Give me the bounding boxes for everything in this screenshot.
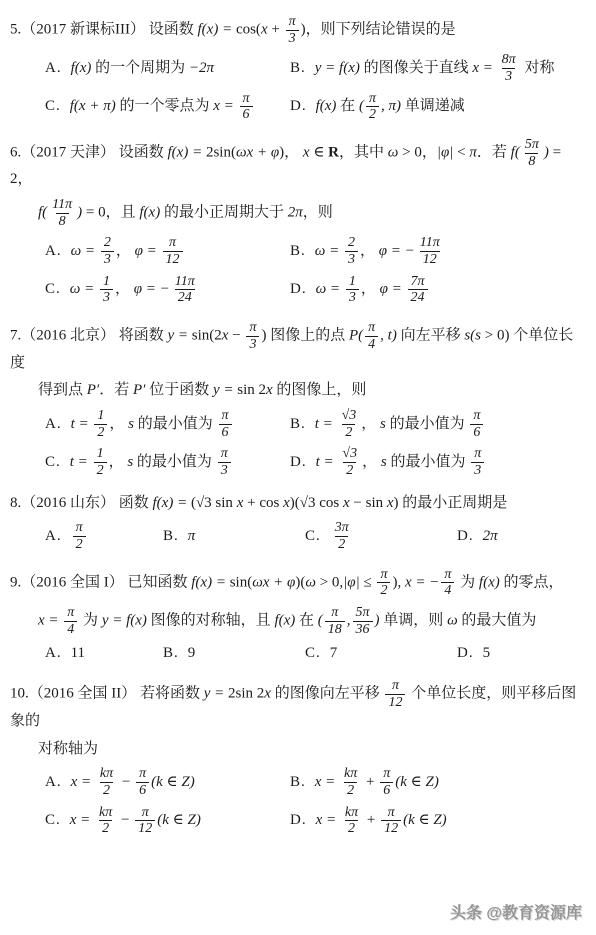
text-segment: 位于函数 — [145, 382, 213, 398]
fraction: π3 — [286, 14, 299, 46]
text-segment: + cos — [243, 495, 283, 511]
text-segment: ω — [305, 574, 316, 590]
option-label: A. — [45, 416, 62, 432]
option-d: D.5 — [457, 643, 586, 664]
text-segment: 为 — [79, 613, 102, 629]
text-segment: ωx + φ — [252, 574, 295, 590]
question-text: 8.（2016 山东） 函数 f(x) = (√3 sin x + cos x)… — [10, 493, 586, 515]
text-segment: ω = — [316, 281, 344, 297]
fraction: π6 — [136, 766, 149, 798]
text-segment: f( — [38, 205, 47, 221]
option-content: 5 — [483, 645, 491, 661]
option-d: D.2π — [457, 526, 586, 547]
text-segment: x — [283, 495, 290, 511]
text-segment: π — [469, 145, 477, 161]
options-row: A.π2B.πC.3π2D.2π — [10, 520, 586, 552]
fraction: 13 — [346, 274, 359, 306]
option-label: B. — [163, 528, 179, 544]
option-label: B. — [290, 416, 306, 432]
text-segment: ，则下列结论错误的是 — [306, 22, 456, 38]
text-segment: 的最小值为 — [387, 454, 470, 470]
option-c: C.x = kπ2 − π12(k ∈ Z) — [45, 805, 290, 837]
text-segment: 的一个周期为 — [91, 60, 189, 76]
option-b: B.9 — [163, 643, 305, 664]
text-segment: s(s — [464, 328, 481, 344]
text-segment: P′ — [87, 382, 99, 398]
option-label: D. — [290, 281, 307, 297]
question-header-line: 7.（2016 北京） 将函数 y = sin(2x − π3) 图像上的点 P… — [10, 320, 586, 374]
option-content: f(x) 的一个周期为 −2π — [71, 60, 214, 76]
watermark: 头条 @教育资源库 — [450, 900, 582, 923]
option-label: D. — [290, 98, 307, 114]
option-label: B. — [163, 645, 179, 661]
text-segment: 的最小值为 — [134, 416, 217, 432]
option-label: A. — [45, 774, 62, 790]
text-segment: f(x) — [274, 613, 295, 629]
option-d: D.t = √32， s 的最小值为 π3 — [290, 446, 586, 478]
text-segment: ∈ — [310, 145, 329, 161]
fraction: π12 — [135, 805, 155, 837]
fraction: kπ2 — [341, 766, 360, 798]
question-options: A.t = 12， s 的最小值为 π6B.t = √32， s 的最小值为 π… — [10, 408, 586, 479]
text-segment: 的最大值为 — [458, 613, 537, 629]
text-segment: x = — [70, 812, 94, 828]
text-segment: (k — [157, 812, 169, 828]
options-row: C.t = 12， s 的最小值为 π3D.t = √32， s 的最小值为 π… — [10, 446, 586, 478]
text-segment: 的最小正周期大于 — [160, 205, 288, 221]
text-segment: 5 — [483, 645, 491, 661]
text-segment: 9 — [188, 645, 196, 661]
option-d: D.ω = 13， φ = 7π24 — [290, 274, 586, 306]
text-segment: 的一个零点为 — [116, 98, 214, 114]
text-segment: P′ — [133, 382, 145, 398]
text-segment: + — [268, 22, 284, 38]
option-content: 2π — [483, 528, 498, 544]
question-header-line: 9.（2016 全国 I） 已知函数 f(x) = sin(ωx + φ)(ω … — [10, 567, 586, 599]
text-segment: )(√3 cos — [290, 495, 343, 511]
fraction: 5π36 — [353, 605, 373, 637]
option-b: B.y = f(x) 的图像关于直线 x = 8π3 对称 — [290, 52, 586, 84]
option-content: x = kπ2 + π12(k ∈ Z) — [316, 812, 447, 828]
option-a: A.ω = 23， φ = π12 — [45, 235, 290, 267]
text-segment: (√3 sin — [191, 495, 237, 511]
option-a: A.x = kπ2 − π6(k ∈ Z) — [45, 766, 290, 798]
text-segment: 得到点 — [38, 382, 87, 398]
text-segment: y = — [168, 328, 192, 344]
fraction: π2 — [73, 520, 86, 552]
question-header-line: 5.（2017 新课标III） 设函数 f(x) = cos(x + π3)，则… — [10, 14, 586, 46]
text-segment: ， — [361, 281, 380, 297]
text-segment: 为 — [456, 574, 479, 590]
option-label: A. — [45, 645, 62, 661]
option-content: π — [188, 528, 196, 544]
option-label: A. — [45, 60, 62, 76]
fraction: 12 — [94, 408, 107, 440]
question-10: 10.（2016 全国 II） 若将函数 y = 2sin 2x 的图像向左平移… — [10, 678, 586, 837]
option-content: f(x + π) 的一个零点为 x = π6 — [70, 98, 255, 114]
text-segment: + — [362, 774, 378, 790]
text-segment: ，其中 — [339, 145, 388, 161]
option-content: 11 — [71, 645, 85, 661]
fraction: kπ2 — [96, 805, 115, 837]
option-content: t = 12， s 的最小值为 π3 — [70, 454, 233, 470]
text-segment: |φ| — [437, 145, 454, 161]
option-d: D.f(x) 在 (π2, π) 单调递减 — [290, 91, 586, 123]
text-segment: Z) — [426, 774, 439, 790]
text-segment: ， — [115, 281, 134, 297]
options-row: A.f(x) 的一个周期为 −2πB.y = f(x) 的图像关于直线 x = … — [10, 52, 586, 84]
option-content: y = f(x) 的图像关于直线 x = 8π3 对称 — [315, 60, 555, 76]
text-segment: ，且 — [106, 205, 140, 221]
text-segment: )( — [295, 574, 305, 590]
fraction: 13 — [100, 274, 113, 306]
question-9: 9.（2016 全国 I） 已知函数 f(x) = sin(ωx + φ)(ω … — [10, 567, 586, 665]
text-segment: 的零点， — [500, 574, 564, 590]
text-segment: ω — [447, 613, 458, 629]
text-segment: 的图像上，则 — [273, 382, 367, 398]
text-segment: f(x) = — [191, 574, 229, 590]
option-label: D. — [290, 454, 307, 470]
text-segment: sin( — [230, 574, 253, 590]
text-segment: − — [118, 774, 134, 790]
text-segment: f(x) = — [153, 495, 191, 511]
text-segment: 单调递减 — [401, 98, 465, 114]
option-content: 7 — [330, 645, 338, 661]
text-segment: 在 — [336, 98, 359, 114]
text-segment: ， — [422, 145, 437, 161]
option-content: x = kπ2 + π6(k ∈ Z) — [315, 774, 439, 790]
text-segment: ， — [284, 145, 303, 161]
text-segment: f(x) — [316, 98, 337, 114]
question-options: A.f(x) 的一个周期为 −2πB.y = f(x) 的图像关于直线 x = … — [10, 52, 586, 123]
fraction: kπ2 — [342, 805, 361, 837]
option-label: B. — [290, 60, 306, 76]
question-header-line: 8.（2016 山东） 函数 f(x) = (√3 sin x + cos x)… — [10, 493, 586, 515]
option-content: π2 — [71, 528, 88, 544]
text-segment: φ = — [135, 243, 161, 259]
text-segment: Z) — [433, 812, 446, 828]
text-segment: 6.（2017 天津） 设函数 — [10, 145, 168, 161]
question-line-continuation: x = π4 为 y = f(x) 图像的对称轴，且 f(x) 在 (π18,5… — [38, 605, 586, 637]
text-segment: ω — [388, 145, 399, 161]
option-content: x = kπ2 − π6(k ∈ Z) — [71, 774, 195, 790]
question-line-continuation: 得到点 P′．若 P′ 位于函数 y = sin 2x 的图像上，则 — [38, 380, 586, 402]
fraction: π4 — [365, 320, 378, 352]
option-content: ω = 23， φ = π12 — [71, 243, 185, 259]
text-segment: 2sin( — [206, 145, 236, 161]
text-segment: 在 — [295, 613, 318, 629]
text-segment: sin(2 — [192, 328, 222, 344]
fraction: 11π24 — [172, 274, 198, 306]
text-segment: 向左平移 — [397, 328, 465, 344]
fraction: √32 — [339, 446, 360, 478]
text-segment: 2π — [288, 205, 303, 221]
text-segment: f(x) — [139, 205, 160, 221]
fraction: π3 — [471, 446, 484, 478]
option-label: C. — [305, 645, 321, 661]
fraction: π3 — [246, 320, 259, 352]
option-a: A.π2 — [45, 520, 163, 552]
question-header-line: 10.（2016 全国 II） 若将函数 y = 2sin 2x 的图像向左平移… — [10, 678, 586, 732]
fraction: 3π2 — [332, 520, 352, 552]
text-segment: ( — [359, 98, 364, 114]
options-row: C.ω = 13， φ = −11π24D.ω = 13， φ = 7π24 — [10, 274, 586, 306]
text-segment: 的图像向左平移 — [271, 686, 384, 702]
fraction: 23 — [101, 235, 114, 267]
text-segment: φ = — [380, 281, 406, 297]
text-segment: 10.（2016 全国 II） 若将函数 — [10, 686, 204, 702]
text-segment: , t) — [380, 328, 397, 344]
text-segment: − — [228, 328, 244, 344]
option-content: ω = 13， φ = 7π24 — [316, 281, 430, 297]
fraction: 8π3 — [499, 52, 519, 84]
text-segment: x — [261, 22, 268, 38]
text-segment: ∈ — [163, 774, 182, 790]
text-segment: ≤ — [360, 574, 376, 590]
text-segment: ωx + φ — [236, 145, 279, 161]
option-c: C.7 — [305, 643, 457, 664]
exam-document-page: 5.（2017 新课标III） 设函数 f(x) = cos(x + π3)，则… — [0, 0, 596, 935]
text-segment: −2π — [189, 60, 214, 76]
fraction: π2 — [377, 567, 390, 599]
text-segment: > 0 — [398, 145, 421, 161]
text-segment: t = — [70, 454, 92, 470]
option-label: A. — [45, 243, 62, 259]
text-segment: π — [188, 528, 196, 544]
text-segment: y = f(x) — [315, 60, 360, 76]
option-content: f(x) 在 (π2, π) 单调递减 — [316, 98, 465, 114]
text-segment: 7 — [330, 645, 338, 661]
text-segment: (k — [395, 774, 407, 790]
fraction: π4 — [64, 605, 77, 637]
question-header-line: 6.（2017 天津） 设函数 f(x) = 2sin(ωx + φ)， x ∈… — [10, 137, 586, 191]
question-options: A.11B.9C.7D.5 — [10, 643, 586, 664]
fraction: π12 — [385, 678, 405, 710]
options-row: A.11B.9C.7D.5 — [10, 643, 586, 664]
option-d: D.x = kπ2 + π12(k ∈ Z) — [290, 805, 586, 837]
text-segment: R — [328, 145, 339, 161]
option-b: B.x = kπ2 + π6(k ∈ Z) — [290, 766, 586, 798]
text-segment: x — [343, 495, 350, 511]
question-text: 7.（2016 北京） 将函数 y = sin(2x − π3) 图像上的点 P… — [10, 320, 586, 402]
text-segment: y = — [213, 382, 237, 398]
text-segment: ( — [318, 613, 323, 629]
text-segment: φ = − — [379, 243, 415, 259]
option-b: B.ω = 23， φ = −11π12 — [290, 235, 586, 267]
option-content: t = √32， s 的最小值为 π3 — [316, 454, 487, 470]
text-segment: ), — [392, 574, 405, 590]
option-content: t = 12， s 的最小值为 π6 — [71, 416, 234, 432]
option-label: B. — [290, 243, 306, 259]
text-segment: , π) — [381, 98, 401, 114]
option-label: B. — [290, 774, 306, 790]
text-segment: ．若 — [99, 382, 133, 398]
text-segment: ∈ — [169, 812, 188, 828]
text-segment: 8.（2016 山东） 函数 — [10, 495, 153, 511]
text-segment: Z) — [181, 774, 194, 790]
text-segment: |φ| — [343, 574, 360, 590]
option-label: C. — [45, 281, 61, 297]
text-segment: + — [363, 812, 379, 828]
text-segment: ， — [109, 454, 128, 470]
option-label: D. — [290, 812, 307, 828]
text-segment: ， — [362, 454, 381, 470]
option-content: ω = 13， φ = −11π24 — [70, 281, 200, 297]
text-segment: x = — [472, 60, 496, 76]
option-content: x = kπ2 − π12(k ∈ Z) — [70, 812, 201, 828]
text-segment: (k — [151, 774, 163, 790]
text-segment: P( — [349, 328, 363, 344]
option-label: C. — [45, 98, 61, 114]
text-segment: ， — [18, 171, 33, 187]
fraction: π2 — [366, 91, 379, 123]
option-label: A. — [45, 528, 62, 544]
text-segment: 11 — [71, 645, 85, 661]
text-segment: y = — [204, 686, 228, 702]
option-label: C. — [45, 812, 61, 828]
text-segment: (k — [403, 812, 415, 828]
text-segment: 对称 — [521, 60, 555, 76]
text-segment: ， — [361, 416, 380, 432]
fraction: kπ2 — [97, 766, 116, 798]
question-text: 10.（2016 全国 II） 若将函数 y = 2sin 2x 的图像向左平移… — [10, 678, 586, 760]
fraction: π12 — [381, 805, 401, 837]
option-a: A.t = 12， s 的最小值为 π6 — [45, 408, 290, 440]
fraction: √32 — [339, 408, 360, 440]
options-row: C.f(x + π) 的一个零点为 x = π6D.f(x) 在 (π2, π)… — [10, 91, 586, 123]
text-segment: 的最小值为 — [133, 454, 216, 470]
option-c: C.f(x + π) 的一个零点为 x = π6 — [45, 91, 290, 123]
text-segment: ω = — [71, 243, 99, 259]
text-segment: x = − — [405, 574, 439, 590]
question-text: 6.（2017 天津） 设函数 f(x) = 2sin(ωx + φ)， x ∈… — [10, 137, 586, 229]
fraction: π12 — [163, 235, 183, 267]
option-c: C.t = 12， s 的最小值为 π3 — [45, 446, 290, 478]
fraction: 7π24 — [408, 274, 428, 306]
question-options: A.x = kπ2 − π6(k ∈ Z)B.x = kπ2 + π6(k ∈ … — [10, 766, 586, 837]
text-segment: x — [303, 145, 310, 161]
text-segment: x = — [38, 613, 62, 629]
option-label: D. — [457, 645, 474, 661]
text-segment: 图像的对称轴，且 — [147, 613, 275, 629]
text-segment: x = — [316, 812, 340, 828]
question-line-continuation: 对称轴为 — [38, 739, 586, 761]
option-c: C.ω = 13， φ = −11π24 — [45, 274, 290, 306]
question-6: 6.（2017 天津） 设函数 f(x) = 2sin(ωx + φ)， x ∈… — [10, 137, 586, 306]
text-segment: t = — [316, 454, 338, 470]
text-segment: 的最小正周期是 — [399, 495, 508, 511]
text-segment: 5.（2017 新课标III） 设函数 — [10, 22, 198, 38]
fraction: 23 — [345, 235, 358, 267]
text-segment: 单调，则 — [380, 613, 448, 629]
question-options: A.π2B.πC.3π2D.2π — [10, 520, 586, 552]
option-content: t = √32， s 的最小值为 π6 — [315, 416, 486, 432]
text-segment: ，则 — [303, 205, 333, 221]
option-c: C.3π2 — [305, 520, 457, 552]
text-segment: x — [387, 495, 394, 511]
text-segment: y = f(x) — [102, 613, 147, 629]
text-segment: − — [117, 812, 133, 828]
fraction: π4 — [441, 567, 454, 599]
fraction: π6 — [219, 408, 232, 440]
options-row: A.ω = 23， φ = π12B.ω = 23， φ = −11π12 — [10, 235, 586, 267]
text-segment: 7.（2016 北京） 将函数 — [10, 328, 168, 344]
text-segment: ．若 — [477, 145, 511, 161]
text-segment: x — [264, 686, 271, 702]
question-7: 7.（2016 北京） 将函数 y = sin(2x − π3) 图像上的点 P… — [10, 320, 586, 479]
text-segment: sin 2 — [237, 382, 266, 398]
text-segment: f(x) — [479, 574, 500, 590]
text-segment: cos( — [236, 22, 261, 38]
text-segment: x = — [315, 774, 339, 790]
text-segment: 2π — [483, 528, 498, 544]
question-8: 8.（2016 山东） 函数 f(x) = (√3 sin x + cos x)… — [10, 493, 586, 553]
fraction: 5π8 — [522, 137, 542, 169]
option-content: 9 — [188, 645, 196, 661]
text-segment: ， — [116, 243, 135, 259]
text-segment: = 0 — [82, 205, 105, 221]
text-segment: ， — [360, 243, 379, 259]
text-segment: − sin — [350, 495, 387, 511]
text-segment: ω = — [70, 281, 98, 297]
fraction: π6 — [470, 408, 483, 440]
text-segment: x = — [71, 774, 95, 790]
text-segment: ， — [109, 416, 128, 432]
option-content: 3π2 — [330, 528, 354, 544]
text-segment: x — [266, 382, 273, 398]
question-text: 5.（2017 新课标III） 设函数 f(x) = cos(x + π3)，则… — [10, 14, 586, 46]
text-segment: < — [453, 145, 469, 161]
option-b: B.π — [163, 526, 305, 547]
text-segment: ω = — [315, 243, 343, 259]
fraction: 11π12 — [417, 235, 443, 267]
text-segment: f(x + π) — [70, 98, 116, 114]
option-content: ω = 23， φ = −11π12 — [315, 243, 445, 259]
question-list: 5.（2017 新课标III） 设函数 f(x) = cos(x + π3)，则… — [10, 14, 586, 837]
options-row: A.x = kπ2 − π6(k ∈ Z)B.x = kπ2 + π6(k ∈ … — [10, 766, 586, 798]
option-label: C. — [45, 454, 61, 470]
text-segment: > 0, — [316, 574, 343, 590]
text-segment: , — [347, 613, 351, 629]
text-segment: 的图像关于直线 — [360, 60, 473, 76]
fraction: π6 — [380, 766, 393, 798]
text-segment: Z) — [188, 812, 201, 828]
text-segment: > 0) — [481, 328, 509, 344]
option-label: D. — [457, 528, 474, 544]
option-b: B.t = √32， s 的最小值为 π6 — [290, 408, 586, 440]
text-segment: x = — [213, 98, 237, 114]
fraction: π6 — [240, 91, 253, 123]
text-segment: f(x) = — [168, 145, 206, 161]
text-segment: 图像上的点 — [266, 328, 349, 344]
text-segment: f(x) = — [198, 22, 236, 38]
text-segment: 9.（2016 全国 I） 已知函数 — [10, 574, 191, 590]
text-segment: 对称轴为 — [38, 741, 98, 757]
text-segment: t = — [71, 416, 93, 432]
option-label: C. — [305, 528, 321, 544]
options-row: C.x = kπ2 − π12(k ∈ Z)D.x = kπ2 + π12(k … — [10, 805, 586, 837]
text-segment: 的最小值为 — [386, 416, 469, 432]
question-5: 5.（2017 新课标III） 设函数 f(x) = cos(x + π3)，则… — [10, 14, 586, 123]
question-text: 9.（2016 全国 I） 已知函数 f(x) = sin(ωx + φ)(ω … — [10, 567, 586, 638]
text-segment: 2sin 2 — [228, 686, 264, 702]
options-row: A.t = 12， s 的最小值为 π6B.t = √32， s 的最小值为 π… — [10, 408, 586, 440]
text-segment: ∈ — [407, 774, 426, 790]
text-segment: f( — [511, 145, 520, 161]
fraction: π3 — [218, 446, 231, 478]
question-options: A.ω = 23， φ = π12B.ω = 23， φ = −11π12C.ω… — [10, 235, 586, 306]
text-segment: ∈ — [415, 812, 434, 828]
